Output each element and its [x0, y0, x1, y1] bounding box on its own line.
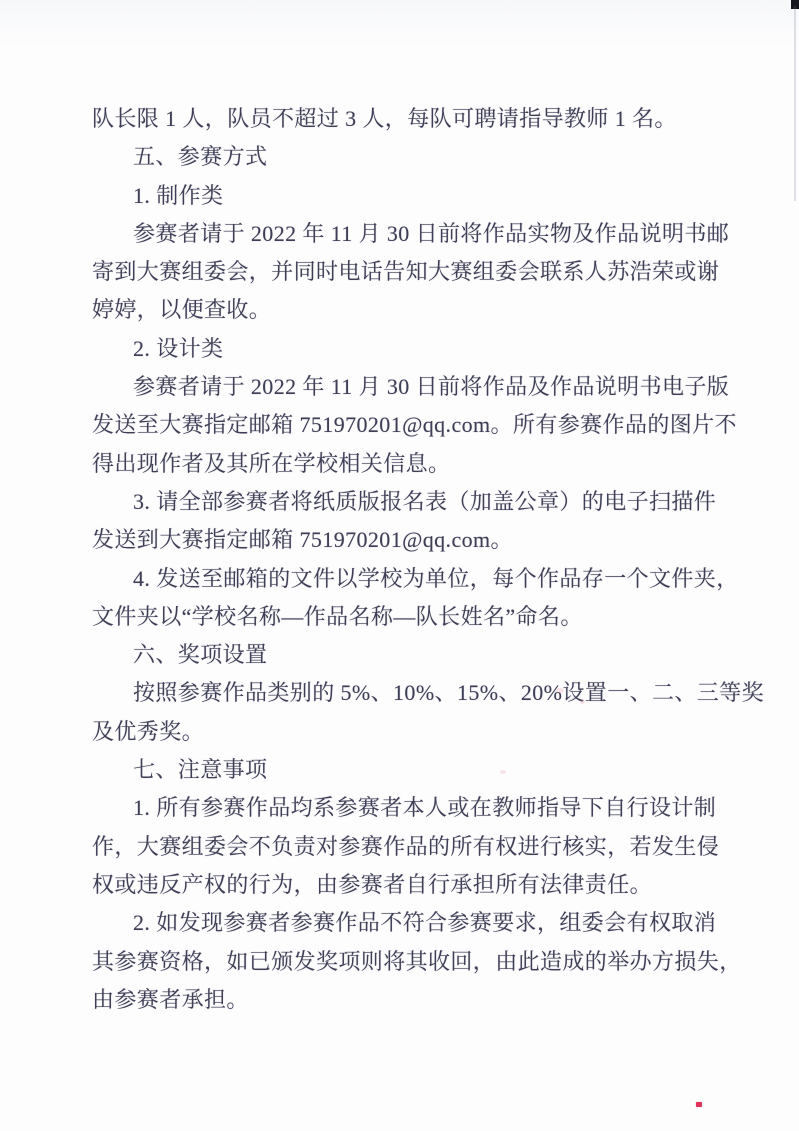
- text-line: 按照参赛作品类别的 5%、10%、15%、20%设置一、二、三等奖: [92, 674, 732, 712]
- text-line: 婷婷，以便查收。: [92, 291, 732, 329]
- text-line: 得出现作者及其所在学校相关信息。: [92, 445, 732, 483]
- document-text-block: 队长限 1 人，队员不超过 3 人，每队可聘请指导教师 1 名。五、参赛方式1.…: [92, 100, 732, 1019]
- scan-artifact-red-speck: [696, 1102, 702, 1107]
- scan-artifact-pink-blot: [556, 688, 564, 693]
- text-line: 1. 制作类: [92, 177, 732, 215]
- scan-artifact-pink-blot: [580, 700, 585, 704]
- scan-artifact-edge-line: [794, 6, 796, 201]
- text-line: 寄到大赛组委会，并同时电话告知大赛组委会联系人苏浩荣或谢: [92, 253, 732, 291]
- text-line: 由参赛者承担。: [92, 981, 732, 1019]
- text-line: 作，大赛组委会不负责对参赛作品的所有权进行核实，若发生侵: [92, 828, 732, 866]
- text-line: 五、参赛方式: [92, 138, 732, 176]
- text-line: 权或违反产权的行为，由参赛者自行承担所有法律责任。: [92, 866, 732, 904]
- text-line: 1. 所有参赛作品均系参赛者本人或在教师指导下自行设计制: [92, 789, 732, 827]
- text-line: 发送到大赛指定邮箱 751970201@qq.com。: [92, 521, 732, 559]
- scan-artifact-pink-blot: [500, 770, 506, 774]
- text-line: 其参赛资格，如已颁发奖项则将其收回，由此造成的举办方损失，: [92, 943, 732, 981]
- text-line: 3. 请全部参赛者将纸质版报名表（加盖公章）的电子扫描件: [92, 483, 732, 521]
- text-line: 文件夹以“学校名称—作品名称—队长姓名”命名。: [92, 598, 732, 636]
- text-line: 七、注意事项: [92, 751, 732, 789]
- text-line: 2. 设计类: [92, 330, 732, 368]
- text-line: 六、奖项设置: [92, 636, 732, 674]
- text-line: 4. 发送至邮箱的文件以学校为单位，每个作品存一个文件夹，: [92, 560, 732, 598]
- text-line: 2. 如发现参赛者参赛作品不符合参赛要求，组委会有权取消: [92, 904, 732, 942]
- text-line: 参赛者请于 2022 年 11 月 30 日前将作品实物及作品说明书邮: [92, 215, 732, 253]
- text-line: 及优秀奖。: [92, 713, 732, 751]
- scanned-document-page: 队长限 1 人，队员不超过 3 人，每队可聘请指导教师 1 名。五、参赛方式1.…: [0, 0, 799, 1131]
- text-line: 队长限 1 人，队员不超过 3 人，每队可聘请指导教师 1 名。: [92, 100, 732, 138]
- text-line: 发送至大赛指定邮箱 751970201@qq.com。所有参赛作品的图片不: [92, 406, 732, 444]
- text-line: 参赛者请于 2022 年 11 月 30 日前将作品及作品说明书电子版: [92, 368, 732, 406]
